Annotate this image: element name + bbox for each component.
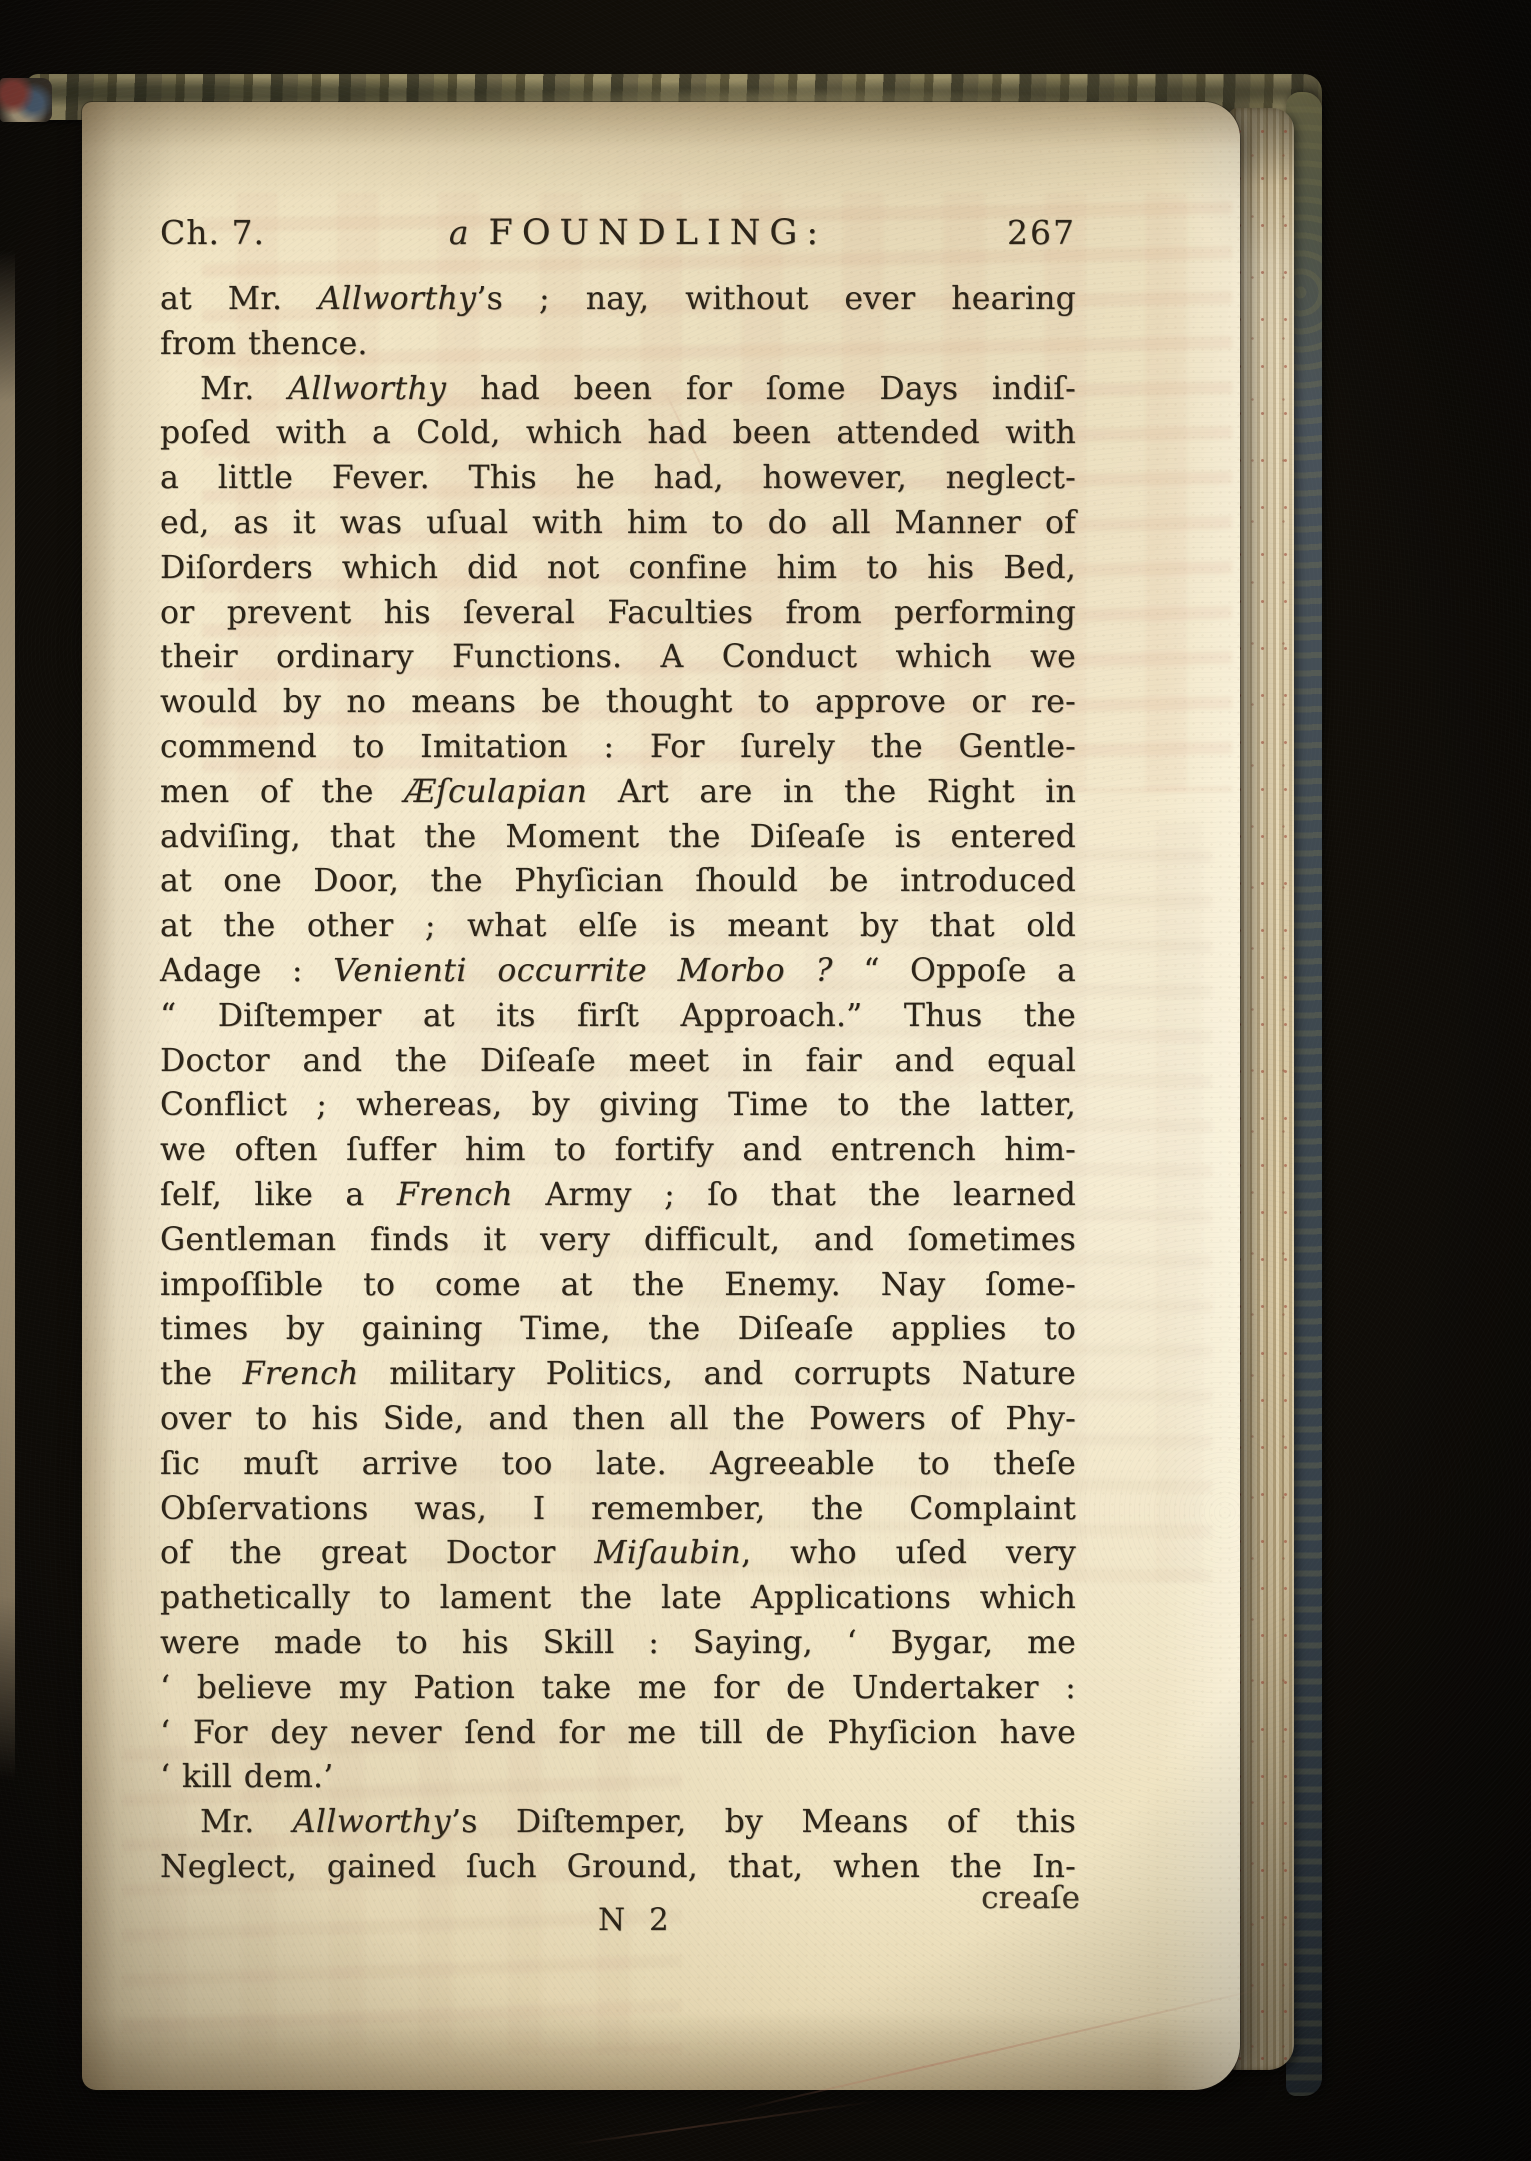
text-line: at one Door, the Phyſician ſhould be int… [160,859,1076,904]
text-line: or prevent his ſeveral Faculties from pe… [160,591,1076,636]
text-line: their ordinary Functions. A Conduct whic… [160,635,1076,680]
running-title-text: FOUNDLING: [489,213,828,253]
text-line: Neglect, gained ſuch Ground, that, when … [160,1845,1076,1890]
text-line: Gentleman finds it very difficult, and ſ… [160,1218,1076,1263]
text-line: Doctor and the Diſeaſe meet in fair and … [160,1039,1076,1084]
text-line: at the other ; what elſe is meant by tha… [160,904,1076,949]
text-line: Diſorders which did not confine him to h… [160,546,1076,591]
text-line: ‘ kill dem.’ [160,1755,1076,1800]
signature-row: N 2 creaſe [160,1890,1076,2010]
chapter-label: Ch. 7. [160,210,330,256]
text-line: impoſſible to come at the Enemy. Nay ſom… [160,1263,1076,1308]
book-photograph: Ch. 7. aFOUNDLING: 267 at Mr. Allworthy’… [0,0,1531,2161]
signature-mark: N 2 [598,1902,671,1938]
text-line: pathetically to lament the late Applicat… [160,1576,1076,1621]
text-line: times by gaining Time, the Diſeaſe appli… [160,1307,1076,1352]
text-line: ed, as it was uſual with him to do all M… [160,501,1076,546]
text-line: over to his Side, and then all the Power… [160,1397,1076,1442]
text-line: Mr. Allworthy’s Diſtemper, by Means of t… [160,1800,1076,1845]
marbled-cover-corner [0,78,52,122]
text-line: of the great Doctor Miſaubin, who uſed v… [160,1531,1076,1576]
text-line: adviſing, that the Moment the Diſeaſe is… [160,815,1076,860]
text-line: a little Fever. This he had, however, ne… [160,456,1076,501]
body-text: at Mr. Allworthy’s ; nay, without ever h… [160,277,1076,1890]
paper-crease [563,2100,880,2147]
text-line: ‘ believe my Pation take me for de Under… [160,1666,1076,1711]
running-title: aFOUNDLING: [330,210,946,256]
facing-page-edge [0,250,15,1780]
running-title-article: a [449,213,469,252]
text-line: we often ſuffer him to fortify and entre… [160,1128,1076,1173]
text-line: from thence. [160,322,1076,367]
text-line: Mr. Allworthy had been for ſome Days ind… [160,367,1076,412]
text-line: “ Diſtemper at its firſt Approach.” Thus… [160,994,1076,1039]
text-line: ſelf, like a French Army ; ſo that the l… [160,1173,1076,1218]
text-line: would by no means be thought to approve … [160,680,1076,725]
catchword: creaſe [981,1880,1080,1916]
text-line: Adage : Venienti occurrite Morbo ? “ Opp… [160,949,1076,994]
text-line: poſed with a Cold, which had been attend… [160,411,1076,456]
text-line: men of the Æſculapian Art are in the Rig… [160,770,1076,815]
page-number: 267 [946,210,1076,256]
text-line: ‘ For dey never ſend for me till de Phyſ… [160,1711,1076,1756]
text-line: the French military Politics, and corrup… [160,1352,1076,1397]
text-line: were made to his Skill : Saying, ‘ Bygar… [160,1621,1076,1666]
text-line: ſic muſt arrive too late. Agreeable to t… [160,1442,1076,1487]
text-line: Obſervations was, I remember, the Compla… [160,1487,1076,1532]
text-line: commend to Imitation : For ſurely the Ge… [160,725,1076,770]
running-header: Ch. 7. aFOUNDLING: 267 [160,210,1076,256]
text-line: Conflict ; whereas, by giving Time to th… [160,1083,1076,1128]
printed-text-block: Ch. 7. aFOUNDLING: 267 at Mr. Allworthy’… [160,210,1076,2010]
text-line: at Mr. Allworthy’s ; nay, without ever h… [160,277,1076,322]
